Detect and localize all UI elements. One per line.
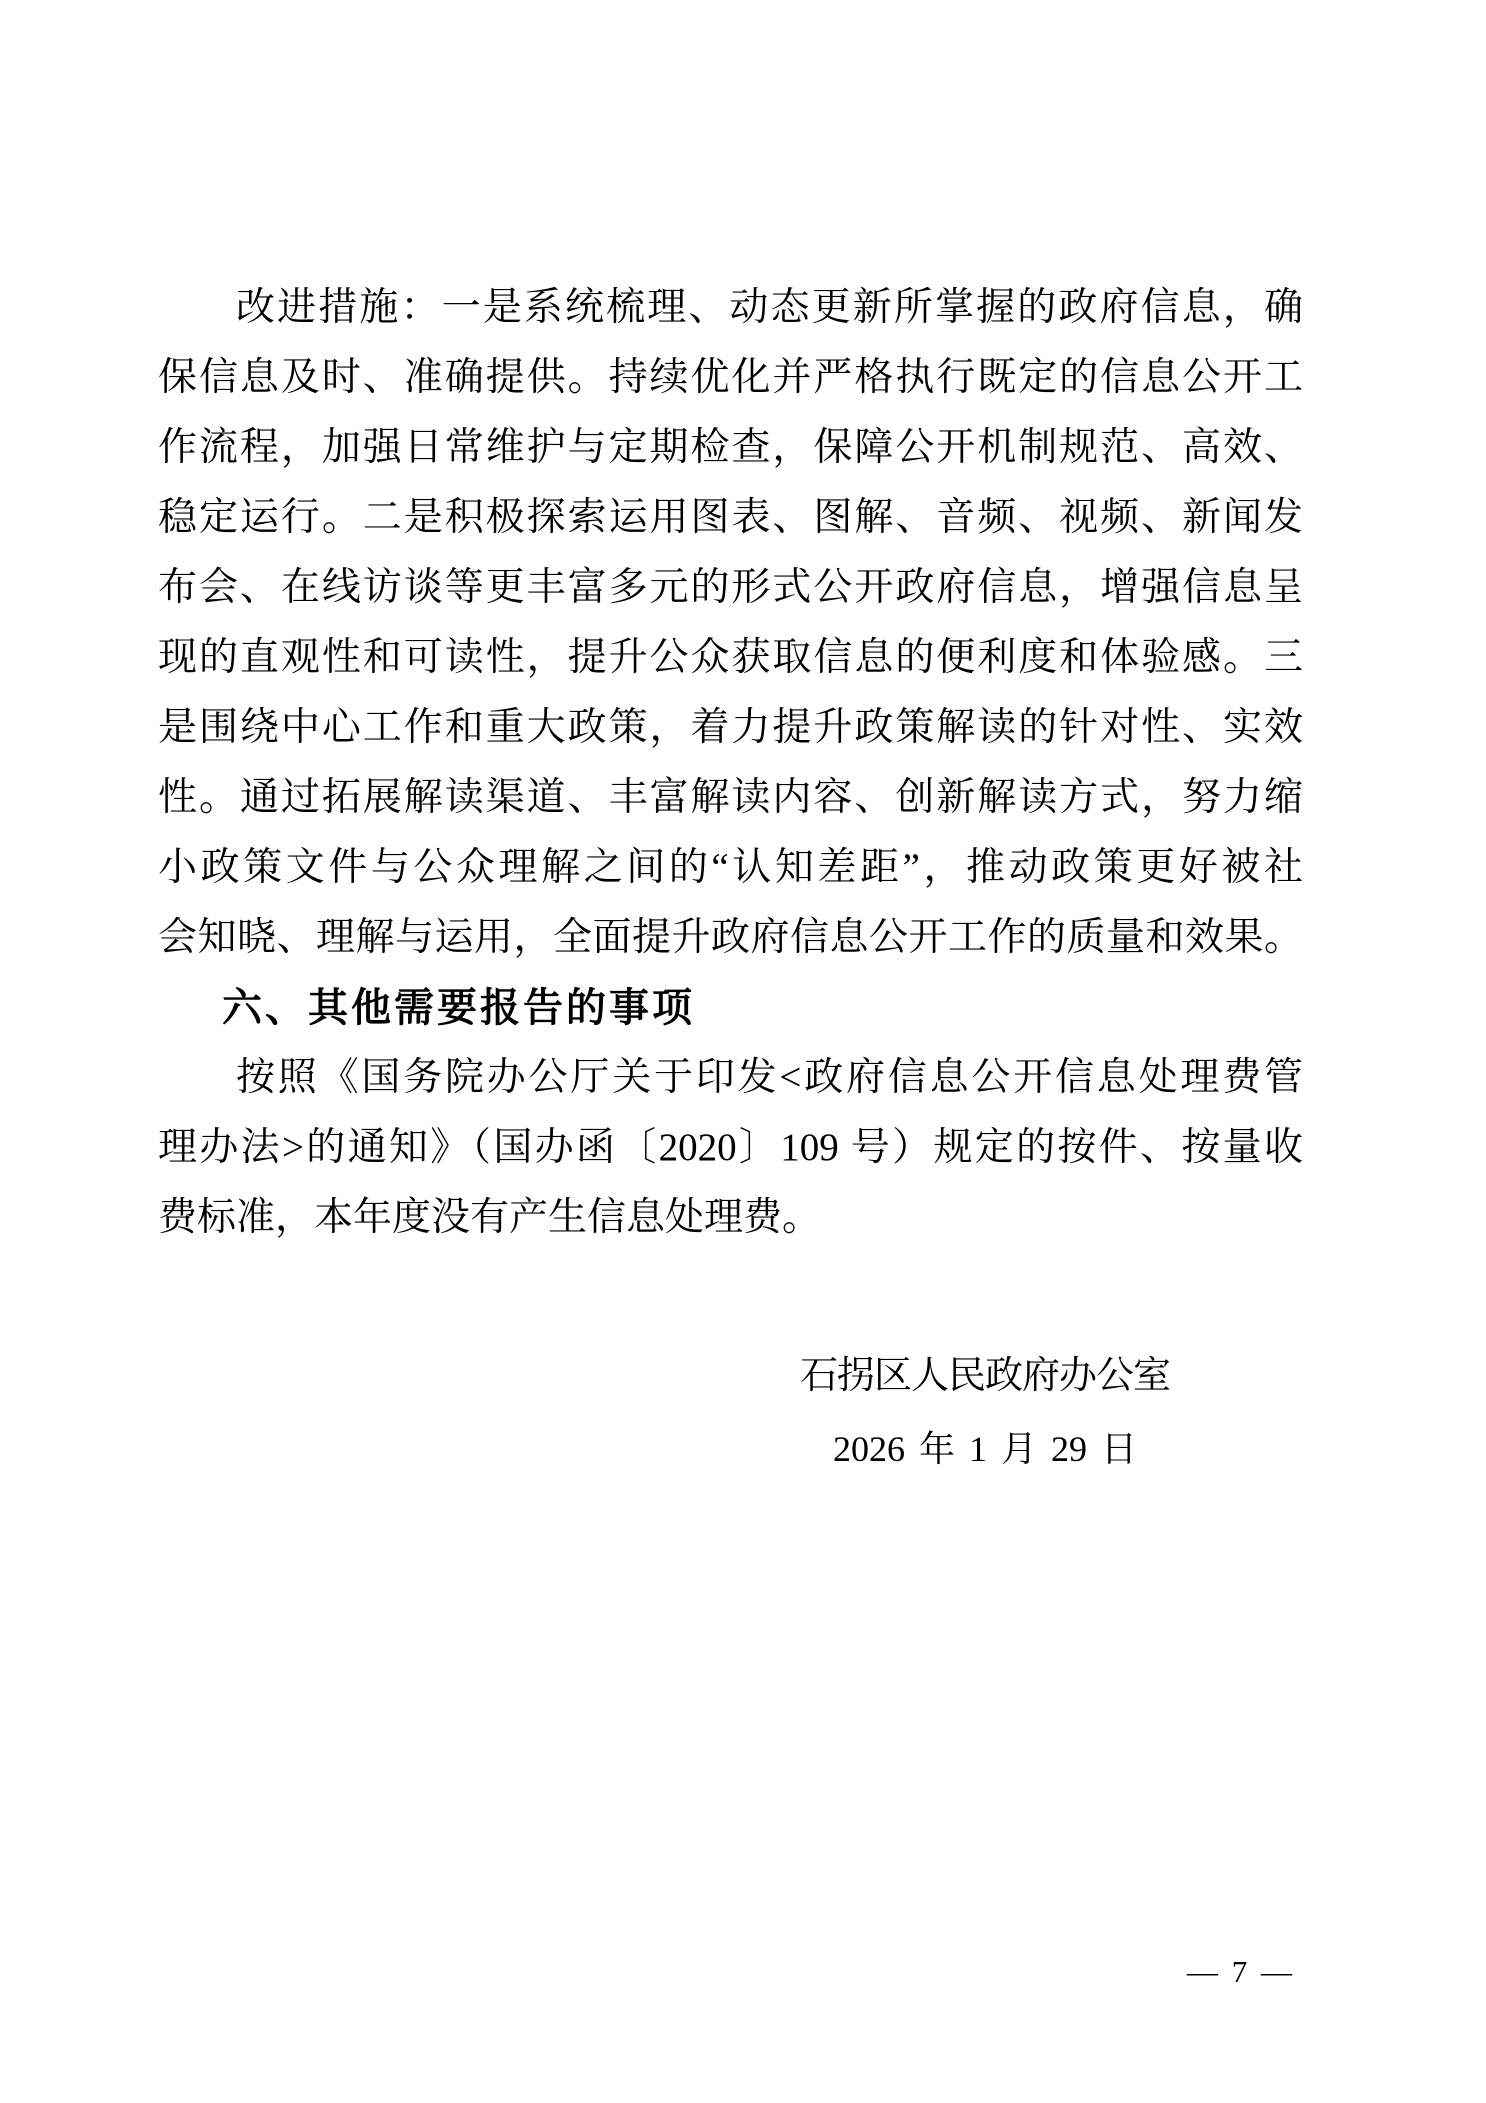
body-line: 现的直观性和可读性，提升公众获取信息的便利度和体验感。三 bbox=[158, 623, 1303, 693]
body-line: 作流程，加强日常维护与定期检查，保障公开机制规范、高效、 bbox=[158, 413, 1303, 483]
body-line: 性。通过拓展解读渠道、丰富解读内容、创新解读方式，努力缩 bbox=[158, 763, 1303, 833]
body-line: 费标准，本年度没有产生信息处理费。 bbox=[158, 1183, 1303, 1253]
signature-org: 石拐区人民政府办公室 bbox=[585, 1340, 1385, 1413]
document-page: 改进措施：一是系统梳理、动态更新所掌握的政府信息，确 保信息及时、准确提供。持续… bbox=[0, 0, 1486, 2103]
body-line: 小政策文件与公众理解之间的“认知差距”，推动政策更好被社 bbox=[158, 833, 1303, 903]
body-line: 按照《国务院办公厅关于印发<政府信息公开信息处理费管 bbox=[158, 1043, 1303, 1113]
body-line: 布会、在线访谈等更丰富多元的形式公开政府信息，增强信息呈 bbox=[158, 553, 1303, 623]
page-number: — 7 — bbox=[1161, 1952, 1321, 1992]
body-line: 会知晓、理解与运用，全面提升政府信息公开工作的质量和效果。 bbox=[158, 903, 1303, 973]
body-line: 保信息及时、准确提供。持续优化并严格执行既定的信息公开工 bbox=[158, 343, 1303, 413]
body-line: 理办法>的通知》（国办函〔2020〕109 号）规定的按件、按量收 bbox=[158, 1113, 1303, 1183]
signature-date: 2026 年 1 月 29 日 bbox=[585, 1413, 1385, 1486]
signature-block: 石拐区人民政府办公室 2026 年 1 月 29 日 bbox=[585, 1340, 1385, 1486]
document-body: 改进措施：一是系统梳理、动态更新所掌握的政府信息，确 保信息及时、准确提供。持续… bbox=[158, 273, 1303, 1253]
body-line: 改进措施：一是系统梳理、动态更新所掌握的政府信息，确 bbox=[158, 273, 1303, 343]
body-line: 是围绕中心工作和重大政策，着力提升政策解读的针对性、实效 bbox=[158, 693, 1303, 763]
section-heading: 六、其他需要报告的事项 bbox=[158, 973, 1303, 1043]
body-line: 稳定运行。二是积极探索运用图表、图解、音频、视频、新闻发 bbox=[158, 483, 1303, 553]
